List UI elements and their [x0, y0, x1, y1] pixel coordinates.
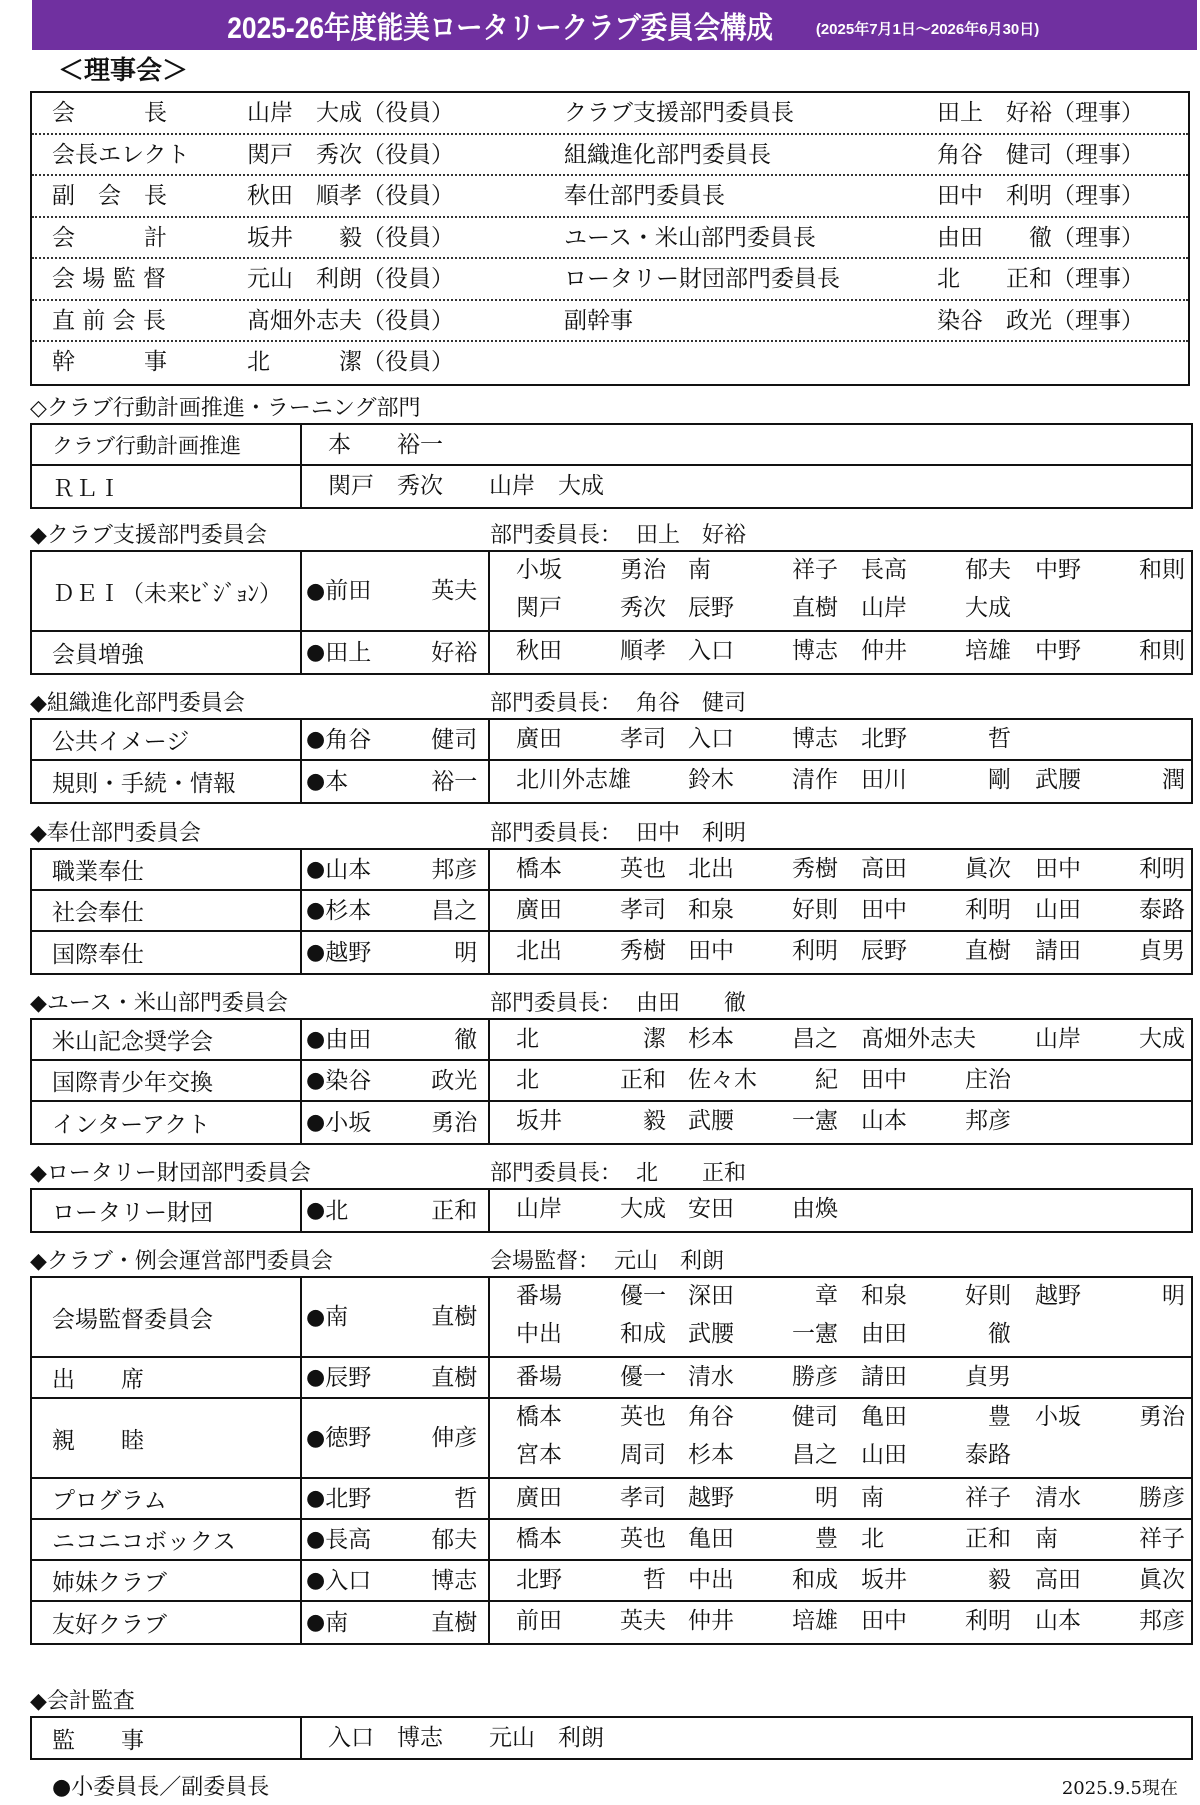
member-name: 高田眞次	[861, 849, 1011, 889]
committee-name: 公共イメージ	[32, 720, 302, 759]
member-name: 北野哲	[861, 719, 1011, 759]
members-cell: 橋本英也亀田豊北正和南祥子	[490, 1520, 1191, 1559]
section-title: ◆奉仕部門委員会	[30, 821, 201, 846]
member-name: 入口博志	[688, 631, 838, 671]
board-role: 幹 事	[52, 342, 217, 384]
members-line: 番場優一清水勝彦請田貞男	[490, 1359, 1191, 1397]
member-surname: 田中	[861, 890, 907, 930]
member-given-name: 邦彦	[965, 1101, 1011, 1141]
lead-surname: 徳野	[325, 1418, 371, 1458]
member-name: 仲井培雄	[861, 631, 1011, 671]
member-given-name: 優一	[620, 1357, 666, 1397]
lead-name: 山本邦彦	[325, 850, 477, 890]
member-surname: 辰野	[861, 931, 907, 971]
members-line: 関戸秀次辰野直樹山岸大成	[490, 590, 1191, 628]
table-row: 公共イメージ●角谷健司廣田孝司入口博志北野哲	[32, 720, 1191, 761]
member-given-name: 英也	[620, 1519, 666, 1559]
committee-name: 親 睦	[32, 1399, 302, 1477]
lead-given-name: 好裕	[431, 633, 477, 673]
section-chair: 会場監督：元山 利朗	[490, 1248, 724, 1276]
member-name: 田中利明	[861, 890, 1011, 930]
table-row: 会場監督委員会●南直樹番場優一深田章和泉好則越野明中出和成武腰一憲由田徹	[32, 1278, 1191, 1358]
committee-table: 職業奉仕●山本邦彦橋本英也北出秀樹高田眞次田中利明社会奉仕●杉本昌之廣田孝司和泉…	[30, 848, 1193, 975]
table-row: ＤＥＩ（未来ﾋﾞｼﾞｮﾝ）●前田英夫小坂勇治南祥子長高郁夫中野和則関戸秀次辰野直…	[32, 552, 1191, 632]
board-post: 奉仕部門委員長	[564, 176, 725, 218]
member-name: 和泉好則	[861, 1276, 1011, 1316]
member-surname: 高田	[1035, 1560, 1081, 1600]
members-cell: 北出秀樹田中利明辰野直樹請田貞男	[490, 932, 1191, 973]
table-row: 職業奉仕●山本邦彦橋本英也北出秀樹高田眞次田中利明	[32, 850, 1191, 891]
members-line: 番場優一深田章和泉好則越野明	[490, 1278, 1191, 1316]
member-surname: 辰野	[688, 588, 734, 628]
member-name: 山田泰路	[1035, 890, 1185, 930]
table-row: 親 睦●徳野伸彦橋本英也角谷健司亀田豊小坂勇治宮本周司杉本昌之山田泰路	[32, 1399, 1191, 1479]
committee-name: インターアクト	[32, 1102, 302, 1143]
member-given-name: 順孝	[620, 631, 666, 671]
member-name: 高田眞次	[1035, 1560, 1185, 1600]
committee-lead: ●角谷健司	[302, 720, 490, 759]
member-surname: 南	[861, 1478, 884, 1518]
section-chair: 部門委員長：由田 徹	[490, 990, 746, 1018]
member-given-name: 優一	[620, 1276, 666, 1316]
member-name: 番場優一	[516, 1357, 666, 1397]
lead-surname: 長高	[325, 1520, 371, 1560]
committee-lead: ●南直樹	[302, 1602, 490, 1643]
lead-given-name: 勇治	[431, 1103, 477, 1143]
section-title: ◆ロータリー財団部門委員会	[30, 1161, 311, 1186]
member-name: 武腰一憲	[688, 1101, 838, 1141]
table-row: 規則・手続・情報●本裕一北川外志雄鈴木清作田川剛武腰潤	[32, 761, 1191, 802]
members-line: 坂井毅武腰一憲山本邦彦	[490, 1103, 1191, 1141]
lead-given-name: 博志	[431, 1561, 477, 1601]
lead-surname: 田上	[325, 633, 371, 673]
member-name: 杉本昌之	[688, 1019, 838, 1059]
committee-table: 公共イメージ●角谷健司廣田孝司入口博志北野哲規則・手続・情報●本裕一北川外志雄鈴…	[30, 718, 1193, 804]
lead-marker-icon: ●	[306, 1486, 325, 1511]
member-name: 小坂勇治	[1035, 1397, 1185, 1437]
title-banner: 2025-26年度能美ロータリークラブ委員会構成 (2025年7月1日～2026…	[32, 0, 1197, 50]
audit-table: 監 事入口 博志 元山 利朗	[30, 1716, 1193, 1760]
members-cell: 橋本英也北出秀樹高田眞次田中利明	[490, 850, 1191, 889]
members-line: 小坂勇治南祥子長高郁夫中野和則	[490, 552, 1191, 590]
committee-name: 国際奉仕	[32, 932, 302, 973]
member-name: 廣田孝司	[516, 1478, 666, 1518]
member-given-name: 孝司	[620, 719, 666, 759]
member-surname: 角谷	[688, 1397, 734, 1437]
committee-lead: ●田上好裕	[302, 632, 490, 673]
member-name: 山岸大成	[1035, 1019, 1185, 1059]
member-surname: 山田	[1035, 890, 1081, 930]
member-given-name: 紀	[815, 1060, 838, 1100]
member-given-name: 勇治	[620, 550, 666, 590]
board-post-name: 染谷 政光（理事）	[937, 301, 1144, 343]
member-name: 亀田豊	[861, 1397, 1011, 1437]
legend-note: ●小委員長／副委員長	[52, 1770, 269, 1801]
committee-lead: ●北野哲	[302, 1479, 490, 1518]
board-row: 幹 事北 潔（役員）	[32, 342, 1188, 384]
committee-lead: ●入口博志	[302, 1561, 490, 1600]
lead-surname: 染谷	[325, 1061, 371, 1101]
member-given-name: 徹	[988, 1314, 1011, 1354]
committee-name: ロータリー財団	[32, 1190, 302, 1231]
board-member-name: 北 潔（役員）	[247, 342, 454, 384]
member-given-name: 泰路	[1139, 890, 1185, 930]
member-surname: 鈴木	[688, 760, 734, 800]
member-name: 中出和成	[688, 1560, 838, 1600]
member-name: 武腰一憲	[688, 1314, 838, 1354]
lead-given-name: 直樹	[431, 1603, 477, 1643]
table-row: 米山記念奨学会●由田徹北潔杉本昌之髙畑外志夫山岸大成	[32, 1020, 1191, 1061]
chair-name: 角谷 健司	[636, 691, 746, 716]
section-heading: ◆組織進化部門委員会部門委員長：角谷 健司	[30, 690, 245, 718]
term-period: (2025年7月1日～2026年6月30日)	[816, 18, 1039, 39]
member-given-name: 直樹	[965, 931, 1011, 971]
lead-name: 入口博志	[325, 1561, 477, 1601]
member-surname: 仲井	[688, 1601, 734, 1641]
member-surname: 北川外志雄	[516, 760, 631, 800]
member-name: 深田章	[688, 1276, 838, 1316]
member-surname: 山岸	[516, 1189, 562, 1229]
committee-lead: ●杉本昌之	[302, 891, 490, 930]
lead-name: 田上好裕	[325, 633, 477, 673]
lead-name: 南直樹	[325, 1297, 477, 1337]
table-row: プログラム●北野哲廣田孝司越野明南祥子清水勝彦	[32, 1479, 1191, 1520]
member-surname: 亀田	[861, 1397, 907, 1437]
table-row: 国際奉仕●越野明北出秀樹田中利明辰野直樹請田貞男	[32, 932, 1191, 973]
lead-given-name: 政光	[431, 1061, 477, 1101]
member-surname: 田中	[861, 1601, 907, 1641]
lead-given-name: 郁夫	[431, 1520, 477, 1560]
members-line: 宮本周司杉本昌之山田泰路	[490, 1437, 1191, 1475]
members-line: 北川外志雄鈴木清作田川剛武腰潤	[490, 762, 1191, 800]
lead-surname: 越野	[325, 933, 371, 973]
section-chair: 部門委員長：田中 利明	[490, 820, 746, 848]
member-given-name: 哲	[988, 719, 1011, 759]
lead-marker-icon: ●	[306, 727, 325, 752]
member-given-name: 和成	[792, 1560, 838, 1600]
member-name: 杉本昌之	[688, 1435, 838, 1475]
committee-lead: ●越野明	[302, 932, 490, 973]
board-post-name: 角谷 健司（理事）	[937, 135, 1144, 177]
lead-name: 徳野伸彦	[325, 1418, 477, 1458]
board-row: 副 会 長秋田 順孝（役員）奉仕部門委員長田中 利明（理事）	[32, 176, 1188, 218]
lead-marker-icon: ●	[306, 1527, 325, 1552]
member-name: 越野明	[1035, 1276, 1185, 1316]
lead-surname: 南	[325, 1297, 348, 1337]
member-given-name: 健司	[792, 1397, 838, 1437]
lead-marker-icon: ●	[306, 1110, 325, 1135]
lead-surname: 本	[325, 762, 348, 802]
lead-given-name: 英夫	[431, 571, 477, 611]
member-surname: 田中	[861, 1060, 907, 1100]
board-post-name: 北 正和（理事）	[937, 259, 1144, 301]
member-given-name: 潔	[643, 1019, 666, 1059]
member-name: 田中利明	[1035, 849, 1185, 889]
lead-given-name: 昌之	[431, 891, 477, 931]
board-role: 直 前 会 長	[52, 301, 217, 343]
member-given-name: 孝司	[620, 1478, 666, 1518]
member-given-name: 庄治	[965, 1060, 1011, 1100]
member-surname: 橋本	[516, 1519, 562, 1559]
members-text: 入口 博志 元山 利朗	[328, 1718, 604, 1758]
member-surname: 和泉	[861, 1276, 907, 1316]
member-surname: 坂井	[516, 1101, 562, 1141]
member-name: 由田徹	[861, 1314, 1011, 1354]
member-surname: 入口	[688, 631, 734, 671]
members-line: 北野哲中出和成坂井毅高田眞次	[490, 1562, 1191, 1600]
member-name: 山田泰路	[861, 1435, 1011, 1475]
member-surname: 番場	[516, 1357, 562, 1397]
members-cell: 秋田順孝入口博志仲井培雄中野和則	[490, 632, 1191, 673]
member-surname: 中出	[516, 1314, 562, 1354]
member-surname: 小坂	[1035, 1397, 1081, 1437]
member-name: 北正和	[861, 1519, 1011, 1559]
member-given-name: 明	[1162, 1276, 1185, 1316]
member-name: 清水勝彦	[688, 1357, 838, 1397]
board-row: 会 計坂井 毅（役員）ユース・米山部門委員長由田 徹（理事）	[32, 218, 1188, 260]
lead-surname: 辰野	[325, 1358, 371, 1398]
lead-name: 角谷健司	[325, 720, 477, 760]
members-cell: 小坂勇治南祥子長高郁夫中野和則関戸秀次辰野直樹山岸大成	[490, 552, 1191, 630]
chair-label: 会場監督：	[490, 1249, 600, 1274]
member-surname: 深田	[688, 1276, 734, 1316]
member-name: 北川外志雄	[516, 760, 666, 800]
member-surname: 山本	[861, 1101, 907, 1141]
board-member-name: 秋田 順孝（役員）	[247, 176, 454, 218]
section-title: ◆ユース・米山部門委員会	[30, 991, 288, 1016]
member-given-name: 培雄	[965, 631, 1011, 671]
board-post-name: 田上 好裕（理事）	[937, 93, 1144, 135]
members-line: 北潔杉本昌之髙畑外志夫山岸大成	[490, 1021, 1191, 1059]
member-name: 中出和成	[516, 1314, 666, 1354]
members-cell: 坂井毅武腰一憲山本邦彦	[490, 1102, 1191, 1143]
members-cell: 番場優一清水勝彦請田貞男	[490, 1358, 1191, 1397]
table-row: 友好クラブ●南直樹前田英夫仲井培雄田中利明山本邦彦	[32, 1602, 1191, 1643]
members-cell: 北川外志雄鈴木清作田川剛武腰潤	[490, 761, 1191, 802]
board-post: 組織進化部門委員長	[564, 135, 771, 177]
chair-label: 部門委員長：	[490, 523, 622, 548]
member-surname: 越野	[688, 1478, 734, 1518]
members-line: 廣田孝司越野明南祥子清水勝彦	[490, 1480, 1191, 1518]
table-row: クラブ行動計画推進本 裕一	[32, 425, 1191, 466]
member-surname: 長高	[861, 550, 907, 590]
member-given-name: 清作	[792, 760, 838, 800]
lead-marker-icon: ●	[306, 640, 325, 665]
member-surname: 田川	[861, 760, 907, 800]
member-given-name: 秀樹	[620, 931, 666, 971]
member-name: 中野和則	[1035, 550, 1185, 590]
members-cell: 関戸 秀次 山岸 大成	[302, 466, 1191, 507]
board-role: 会 場 監 督	[52, 259, 217, 301]
board-member-name: 元山 利朗（役員）	[247, 259, 454, 301]
lead-surname: 山本	[325, 850, 371, 890]
member-given-name: 正和	[620, 1060, 666, 1100]
members-line: 山岸大成安田由煥	[490, 1191, 1191, 1229]
member-name: 山本邦彦	[861, 1101, 1011, 1141]
member-surname: 清水	[688, 1357, 734, 1397]
lead-marker-icon: ●	[306, 898, 325, 923]
member-surname: 宮本	[516, 1435, 562, 1475]
member-surname: 武腰	[688, 1101, 734, 1141]
committee-name: 会場監督委員会	[32, 1278, 302, 1356]
member-given-name: 昌之	[792, 1435, 838, 1475]
member-name: 南祥子	[1035, 1519, 1185, 1559]
lead-given-name: 正和	[431, 1191, 477, 1231]
lead-name: 前田英夫	[325, 571, 477, 611]
member-name: 請田貞男	[1035, 931, 1185, 971]
lead-name: 長高郁夫	[325, 1520, 477, 1560]
member-surname: 南	[688, 550, 711, 590]
member-name: 田中庄治	[861, 1060, 1011, 1100]
chair-name: 元山 利朗	[614, 1249, 724, 1274]
committee-name: 監 事	[32, 1718, 302, 1758]
member-surname: 清水	[1035, 1478, 1081, 1518]
member-surname: 中野	[1035, 550, 1081, 590]
member-given-name: 博志	[792, 631, 838, 671]
members-cell: 前田英夫仲井培雄田中利明山本邦彦	[490, 1602, 1191, 1643]
member-name: 佐々木紀	[688, 1060, 838, 1100]
section-title: ◆クラブ支援部門委員会	[30, 523, 267, 548]
lead-surname: 杉本	[325, 891, 371, 931]
chair-label: 部門委員長：	[490, 691, 622, 716]
lead-marker-icon: ●	[306, 1568, 325, 1593]
board-row: 会 長山岸 大成（役員）クラブ支援部門委員長田上 好裕（理事）	[32, 93, 1188, 135]
member-name: 田川剛	[861, 760, 1011, 800]
lead-given-name: 明	[454, 933, 477, 973]
lead-marker-icon: ●	[306, 940, 325, 965]
member-surname: 亀田	[688, 1519, 734, 1559]
member-given-name: 直樹	[792, 588, 838, 628]
member-given-name: 邦彦	[1139, 1601, 1185, 1641]
member-surname: 南	[1035, 1519, 1058, 1559]
lead-given-name: 直樹	[431, 1358, 477, 1398]
member-given-name: 豊	[988, 1397, 1011, 1437]
member-given-name: 周司	[620, 1435, 666, 1475]
committee-name: プログラム	[32, 1479, 302, 1518]
member-surname: 北	[516, 1019, 539, 1059]
member-name: 辰野直樹	[861, 931, 1011, 971]
board-post: ユース・米山部門委員長	[564, 218, 816, 260]
committee-lead: ●南直樹	[302, 1278, 490, 1356]
learning-table: クラブ行動計画推進本 裕一ＲＬＩ関戸 秀次 山岸 大成	[30, 423, 1193, 509]
committee-name: クラブ行動計画推進	[32, 425, 302, 464]
member-given-name: 利明	[1139, 849, 1185, 889]
members-line: 前田英夫仲井培雄田中利明山本邦彦	[490, 1603, 1191, 1641]
section-title: ◆組織進化部門委員会	[30, 691, 245, 716]
member-surname: 坂井	[861, 1560, 907, 1600]
member-surname: 山岸	[861, 588, 907, 628]
table-row: ＲＬＩ関戸 秀次 山岸 大成	[32, 466, 1191, 507]
member-name: 越野明	[688, 1478, 838, 1518]
members-cell: 本 裕一	[302, 425, 1191, 464]
member-surname: 山本	[1035, 1601, 1081, 1641]
members-cell: 山岸大成安田由煥	[490, 1190, 1191, 1231]
members-cell: 入口 博志 元山 利朗	[302, 1718, 1191, 1758]
lead-given-name: 直樹	[431, 1297, 477, 1337]
member-surname: 北出	[516, 931, 562, 971]
member-given-name: 大成	[620, 1189, 666, 1229]
members-line: 橋本英也北出秀樹高田眞次田中利明	[490, 851, 1191, 889]
member-surname: 山田	[861, 1435, 907, 1475]
lead-marker-icon: ●	[306, 579, 325, 604]
lead-marker-icon: ●	[306, 1610, 325, 1635]
committee-table: 米山記念奨学会●由田徹北潔杉本昌之髙畑外志夫山岸大成国際青少年交換●染谷政光北正…	[30, 1018, 1193, 1145]
chair-label: 部門委員長：	[490, 991, 622, 1016]
committee-lead: ●辰野直樹	[302, 1358, 490, 1397]
lead-name: 辰野直樹	[325, 1358, 477, 1398]
member-name: 前田英夫	[516, 1601, 666, 1641]
committee-name: 姉妹クラブ	[32, 1561, 302, 1600]
board-member-name: 坂井 毅（役員）	[247, 218, 454, 260]
lead-marker-icon: ●	[306, 1426, 325, 1451]
member-name: 番場優一	[516, 1276, 666, 1316]
member-name: 廣田孝司	[516, 719, 666, 759]
lead-marker-icon: ●	[306, 1068, 325, 1093]
members-cell: 北野哲中出和成坂井毅高田眞次	[490, 1561, 1191, 1600]
committee-name: 友好クラブ	[32, 1602, 302, 1643]
member-surname: 田中	[688, 931, 734, 971]
member-surname: 北野	[861, 719, 907, 759]
table-row: 会員増強●田上好裕秋田順孝入口博志仲井培雄中野和則	[32, 632, 1191, 673]
member-surname: 高田	[861, 849, 907, 889]
member-name: 北出秀樹	[516, 931, 666, 971]
member-name: 秋田順孝	[516, 631, 666, 671]
member-name: 小坂勇治	[516, 550, 666, 590]
member-given-name: 章	[815, 1276, 838, 1316]
member-given-name: 好則	[965, 1276, 1011, 1316]
member-name: 南祥子	[688, 550, 838, 590]
board-role: 会 計	[52, 218, 217, 260]
member-name: 亀田豊	[688, 1519, 838, 1559]
member-given-name: 大成	[965, 588, 1011, 628]
board-role: 会長エレクト	[52, 135, 217, 177]
board-post: ロータリー財団部門委員長	[564, 259, 840, 301]
member-name: 中野和則	[1035, 631, 1185, 671]
member-given-name: 哲	[643, 1560, 666, 1600]
chair-label: 部門委員長：	[490, 821, 622, 846]
member-given-name: 孝司	[620, 890, 666, 930]
member-surname: 杉本	[688, 1435, 734, 1475]
member-name: 請田貞男	[861, 1357, 1011, 1397]
lead-surname: 角谷	[325, 720, 371, 760]
member-surname: 橋本	[516, 1397, 562, 1437]
member-surname: 杉本	[688, 1019, 734, 1059]
member-surname: 請田	[861, 1357, 907, 1397]
member-surname: 関戸	[516, 588, 562, 628]
chair-label: 部門委員長：	[490, 1161, 622, 1186]
committee-table: 会場監督委員会●南直樹番場優一深田章和泉好則越野明中出和成武腰一憲由田徹出 席●…	[30, 1276, 1193, 1645]
member-given-name: 和成	[620, 1314, 666, 1354]
committee-lead: ●北正和	[302, 1190, 490, 1231]
committee-table: ロータリー財団●北正和山岸大成安田由煥	[30, 1188, 1193, 1233]
member-surname: 越野	[1035, 1276, 1081, 1316]
chair-name: 由田 徹	[636, 991, 746, 1016]
member-name: 坂井毅	[861, 1560, 1011, 1600]
table-row: ロータリー財団●北正和山岸大成安田由煥	[32, 1190, 1191, 1231]
member-given-name: 貞男	[965, 1357, 1011, 1397]
section-heading: ◆ロータリー財団部門委員会部門委員長：北 正和	[30, 1160, 311, 1188]
member-given-name: 英也	[620, 849, 666, 889]
lead-given-name: 邦彦	[431, 850, 477, 890]
board-member-name: 山岸 大成（役員）	[247, 93, 454, 135]
committee-name: ニコニコボックス	[32, 1520, 302, 1559]
members-line: 北出秀樹田中利明辰野直樹請田貞男	[490, 933, 1191, 971]
member-given-name: 好則	[792, 890, 838, 930]
member-given-name: 秀次	[620, 588, 666, 628]
lead-given-name: 伸彦	[431, 1418, 477, 1458]
member-name: 安田由煥	[688, 1189, 838, 1229]
member-name: 宮本周司	[516, 1435, 666, 1475]
